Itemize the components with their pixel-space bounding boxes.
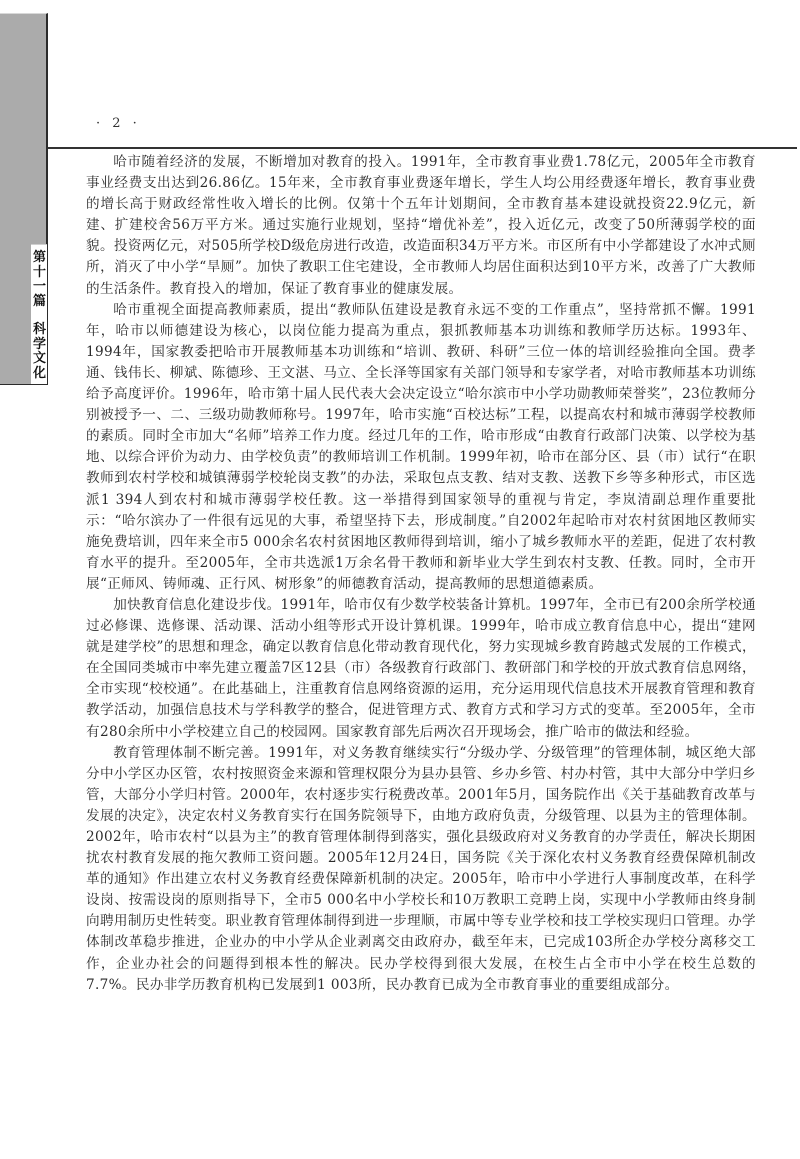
header-rule — [48, 147, 797, 149]
chapter-side-label: 第十一篇 科学文化 — [31, 244, 47, 384]
paragraph-education-investment: 哈市随着经济的发展，不断增加对教育的投入。1991年，全市教育事业费1.78亿元… — [86, 152, 756, 300]
page-number: · 2 · — [96, 116, 141, 131]
paragraph-education-informatization: 加快教育信息化建设步伐。1991年，哈市仅有少数学校装备计算机。1997年，全市… — [86, 595, 756, 743]
paragraph-teacher-quality: 哈市重视全面提高教师素质，提出“教师队伍建设是教育永远不变的工作重点”，坚持常抓… — [86, 300, 756, 595]
paragraph-management-system: 教育管理体制不断完善。1991年，对义务教育继续实行“分级办学、分级管理”的管理… — [86, 743, 756, 996]
part-label: 第十一篇 — [32, 251, 47, 309]
article-body: 哈市随着经济的发展，不断增加对教育的投入。1991年，全市教育事业费1.78亿元… — [86, 152, 756, 996]
section-label: 科学文化 — [32, 323, 47, 381]
